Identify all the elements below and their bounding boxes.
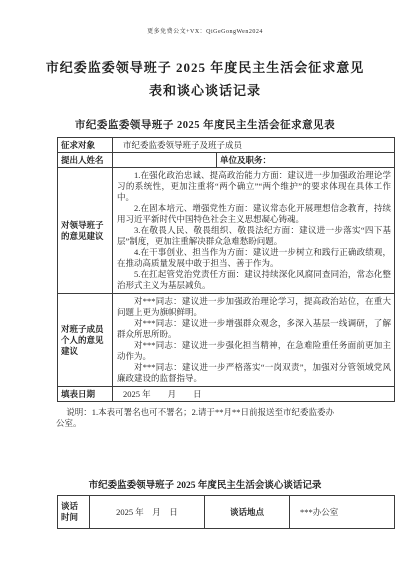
team-opinion-item: 2.在固本培元、增强党性方面：建议常态化开展理想信念教育，持续用习近平新时代中国… (117, 203, 391, 225)
member-opinion-label-cell: 对班子成员个人的意见建议 (58, 294, 113, 387)
table-row: 征求对象 市纪委监委领导班子及班子成员 (58, 138, 395, 153)
document-page: 更多免费公文+VX：QiGeGongWen2024 市纪委监委领导班子 2025… (0, 0, 410, 580)
proposer-label-cell: 提出人姓名 (58, 153, 113, 168)
talk-record-title: 市纪委监委领导班子 2025 年度民主生活会谈心谈话记录 (0, 477, 410, 491)
talk-time-label-cell: 谈话时间 (58, 496, 90, 529)
table-row: 对领导班子的意见建议 1.在强化政治忠诚、提高政治能力方面：建议进一步加强政治理… (58, 168, 395, 294)
team-opinion-item: 3.在敬畏人民、敬畏组织、敬畏法纪方面：建议进一步落实“四下基层”制度，更加注重… (117, 225, 391, 247)
document-title-line1: 市纪委监委领导班子 2025 年度民主生活会征求意见 (0, 56, 410, 79)
opinion-form-title: 市纪委监委领导班子 2025 年度民主生活会征求意见表 (0, 117, 410, 132)
talk-place-value-cell: ***办公室 (290, 496, 395, 529)
document-title: 市纪委监委领导班子 2025 年度民主生活会征求意见 表和谈心谈话记录 (0, 56, 410, 102)
member-opinion-content-cell: 对***同志：建议进一步加强政治理论学习，提高政治站位，在重大问题上更为旗帜鲜明… (113, 294, 395, 387)
table-row: 提出人姓名 单位及职务： (58, 153, 395, 168)
opinion-form-table: 征求对象 市纪委监委领导班子及班子成员 提出人姓名 单位及职务： 对领导班子的意… (57, 137, 395, 402)
table-row: 填表日期 2025 年 月 日 (58, 387, 395, 402)
member-opinion-item: 对***同志：建议进一步加强政治理论学习，提高政治站位，在重大问题上更为旗帜鲜明… (117, 296, 391, 318)
member-opinion-item: 对***同志：建议进一步严格落实“一岗双责”，加强对分管领域党风廉政建设的监督指… (117, 362, 391, 384)
talk-record-section: 市纪委监委领导班子 2025 年度民主生活会谈心谈话记录 谈话时间 2025 年… (0, 477, 410, 529)
team-opinion-label-cell: 对领导班子的意见建议 (58, 168, 113, 294)
team-opinion-item: 1.在强化政治忠诚、提高政治能力方面：建议进一步加强政治理论学习的系统性，更加注… (117, 170, 391, 203)
talk-time-value-cell: 2025 年 月 日 (90, 496, 205, 529)
member-opinion-item: 对***同志：建议进一步强化担当精神，在急难险重任务面前更加主动作为。 (117, 340, 391, 362)
team-opinion-content-cell: 1.在强化政治忠诚、提高政治能力方面：建议进一步加强政治理论学习的系统性，更加注… (113, 168, 395, 294)
team-opinion-item: 5.在扛起管党治党责任方面：建议持续深化风腐同查同治，常态化整治形式主义为基层减… (117, 269, 391, 291)
fill-date-value-cell: 2025 年 月 日 (113, 387, 395, 402)
talk-record-table: 谈话时间 2025 年 月 日 谈话地点 ***办公室 (57, 495, 395, 529)
fill-date-label-cell: 填表日期 (58, 387, 113, 402)
team-opinion-item: 4.在干事创业、担当作为方面：建议进一步树立和践行正确政绩观，在推动高质量发展中… (117, 247, 391, 269)
watermark-text: 更多免费公文+VX：QiGeGongWen2024 (0, 26, 410, 35)
target-value-cell: 市纪委监委领导班子及班子成员 (113, 138, 395, 153)
table-row: 对班子成员个人的意见建议 对***同志：建议进一步加强政治理论学习，提高政治站位… (58, 294, 395, 387)
proposer-name-field (113, 153, 217, 168)
form-note: 说明：1.本表可署名也可不署名；2.请于**月**日前报送至市纪委监委办公室。 (56, 407, 334, 429)
unit-label-cell: 单位及职务： (217, 153, 395, 168)
member-opinion-item: 对***同志：建议进一步增强群众观念，多深入基层一线调研，了解群众所思所盼。 (117, 318, 391, 340)
document-title-line2: 表和谈心谈话记录 (0, 79, 410, 102)
table-row: 谈话时间 2025 年 月 日 谈话地点 ***办公室 (58, 496, 395, 529)
target-label-cell: 征求对象 (58, 138, 113, 153)
talk-place-label-cell: 谈话地点 (205, 496, 290, 529)
